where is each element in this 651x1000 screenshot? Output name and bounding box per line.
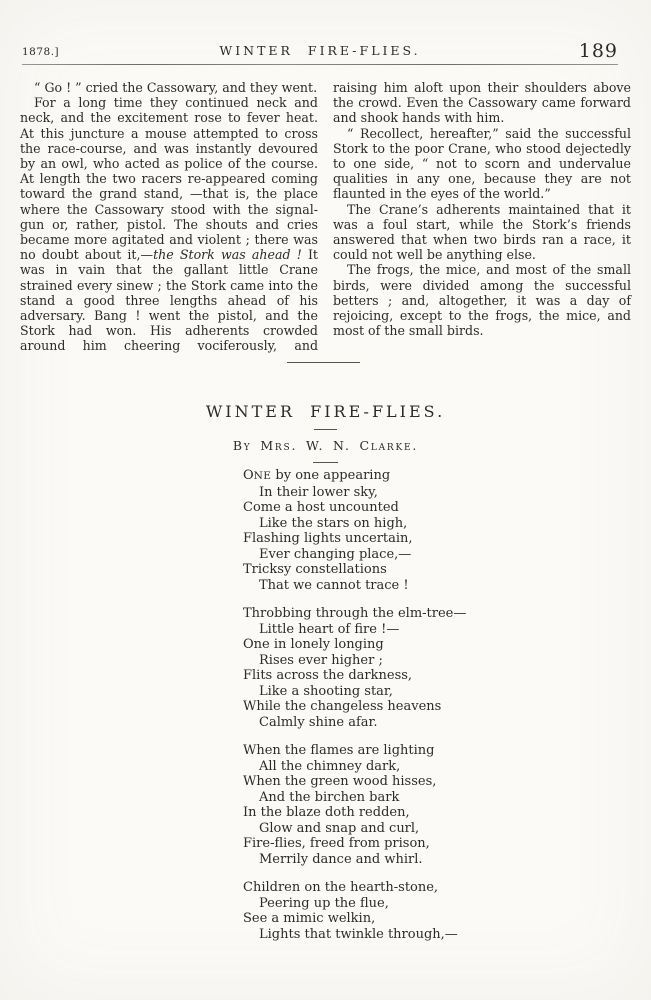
- story-paragraph-1: “ Go ! ” cried the Cassowary, and they w…: [20, 80, 318, 95]
- poem-line: Glow and snap and curl,: [243, 821, 466, 837]
- poem-line: In the blaze doth redden,: [243, 805, 466, 821]
- story-columns: “ Go ! ” cried the Cassowary, and they w…: [20, 80, 632, 354]
- poem-line: Ever changing place,—: [243, 547, 466, 563]
- story-paragraph-2-italic: the Stork was ahead !: [153, 247, 302, 262]
- poem-line: In their lower sky,: [243, 485, 466, 501]
- poem-line: Throbbing through the elm-tree—: [243, 606, 466, 622]
- story-paragraph-2-text: For a long time they continued neck and …: [20, 95, 318, 262]
- story-paragraph-2-continued: raising him aloft upon their shoulders a…: [333, 80, 631, 126]
- poem-line: That we cannot trace !: [243, 578, 466, 594]
- poem-lead-smallcaps: ne: [254, 470, 272, 482]
- story-paragraph-5: The frogs, the mice, and most of the sma…: [333, 262, 631, 338]
- header-running-title: WINTER FIRE-FLIES.: [22, 43, 618, 58]
- poem-line: Lights that twinkle through,—: [243, 927, 466, 943]
- header-rule: [22, 64, 618, 65]
- poem-lead-initial: O: [243, 468, 254, 483]
- poem-stanza-3: When the flames are lighting All the chi…: [243, 743, 466, 867]
- story-paragraph-4: The Crane’s adherents maintained that it…: [333, 202, 631, 263]
- poem-stanza-4: Children on the hearth-stone, Peering up…: [243, 880, 466, 942]
- article-byline: By Mrs. W. N. Clarke.: [0, 438, 651, 453]
- article-title: WINTER FIRE-FLIES.: [0, 402, 651, 421]
- story-paragraph-2-text-after: It was in vain that the gallant little C…: [20, 247, 318, 353]
- scanned-book-page: 1878.] WINTER FIRE-FLIES. 189 “ Go ! ” c…: [0, 0, 651, 1000]
- poem-stanza-2: Throbbing through the elm-tree— Little h…: [243, 606, 466, 730]
- poem-line: Peering up the flue,: [243, 896, 466, 912]
- running-head: 1878.] WINTER FIRE-FLIES. 189: [22, 30, 618, 62]
- section-divider-rule: [287, 362, 360, 363]
- poem-line: Merrily dance and whirl.: [243, 852, 466, 868]
- poem-line: When the green wood hisses,: [243, 774, 466, 790]
- poem-line: Come a host uncounted: [243, 500, 466, 516]
- poem-line: And the birchen bark: [243, 790, 466, 806]
- poem-line: All the chimney dark,: [243, 759, 466, 775]
- poem: One by one appearing In their lower sky,…: [243, 468, 466, 955]
- story-column-right: raising him aloft upon their shoulders a…: [333, 80, 631, 354]
- story-paragraph-3: “ Recollect, hereafter,” said the succes…: [333, 126, 631, 202]
- poem-lead-rest: by one appearing: [271, 468, 390, 483]
- poem-line: While the changeless heavens: [243, 699, 466, 715]
- story-column-left: “ Go ! ” cried the Cassowary, and they w…: [20, 80, 318, 354]
- story-paragraph-2: For a long time they continued neck and …: [20, 95, 318, 353]
- poem-line: Flits across the darkness,: [243, 668, 466, 684]
- poem-line: Fire-flies, freed from prison,: [243, 836, 466, 852]
- poem-line: Calmly shine afar.: [243, 715, 466, 731]
- poem-line: One by one appearing: [243, 468, 466, 485]
- poem-line: When the flames are lighting: [243, 743, 466, 759]
- poem-line: Like the stars on high,: [243, 516, 466, 532]
- poem-line: Tricksy constellations: [243, 562, 466, 578]
- poem-line: Little heart of fire !—: [243, 622, 466, 638]
- poem-line: Like a shooting star,: [243, 684, 466, 700]
- poem-line: One in lonely longing: [243, 637, 466, 653]
- byline-divider-rule: [313, 462, 338, 463]
- poem-line: Flashing lights uncertain,: [243, 531, 466, 547]
- poem-line: See a mimic welkin,: [243, 911, 466, 927]
- title-divider-rule: [314, 429, 337, 430]
- poem-line: Children on the hearth-stone,: [243, 880, 466, 896]
- header-page-number: 189: [579, 40, 618, 62]
- poem-line: Rises ever higher ;: [243, 653, 466, 669]
- poem-stanza-1: One by one appearing In their lower sky,…: [243, 468, 466, 593]
